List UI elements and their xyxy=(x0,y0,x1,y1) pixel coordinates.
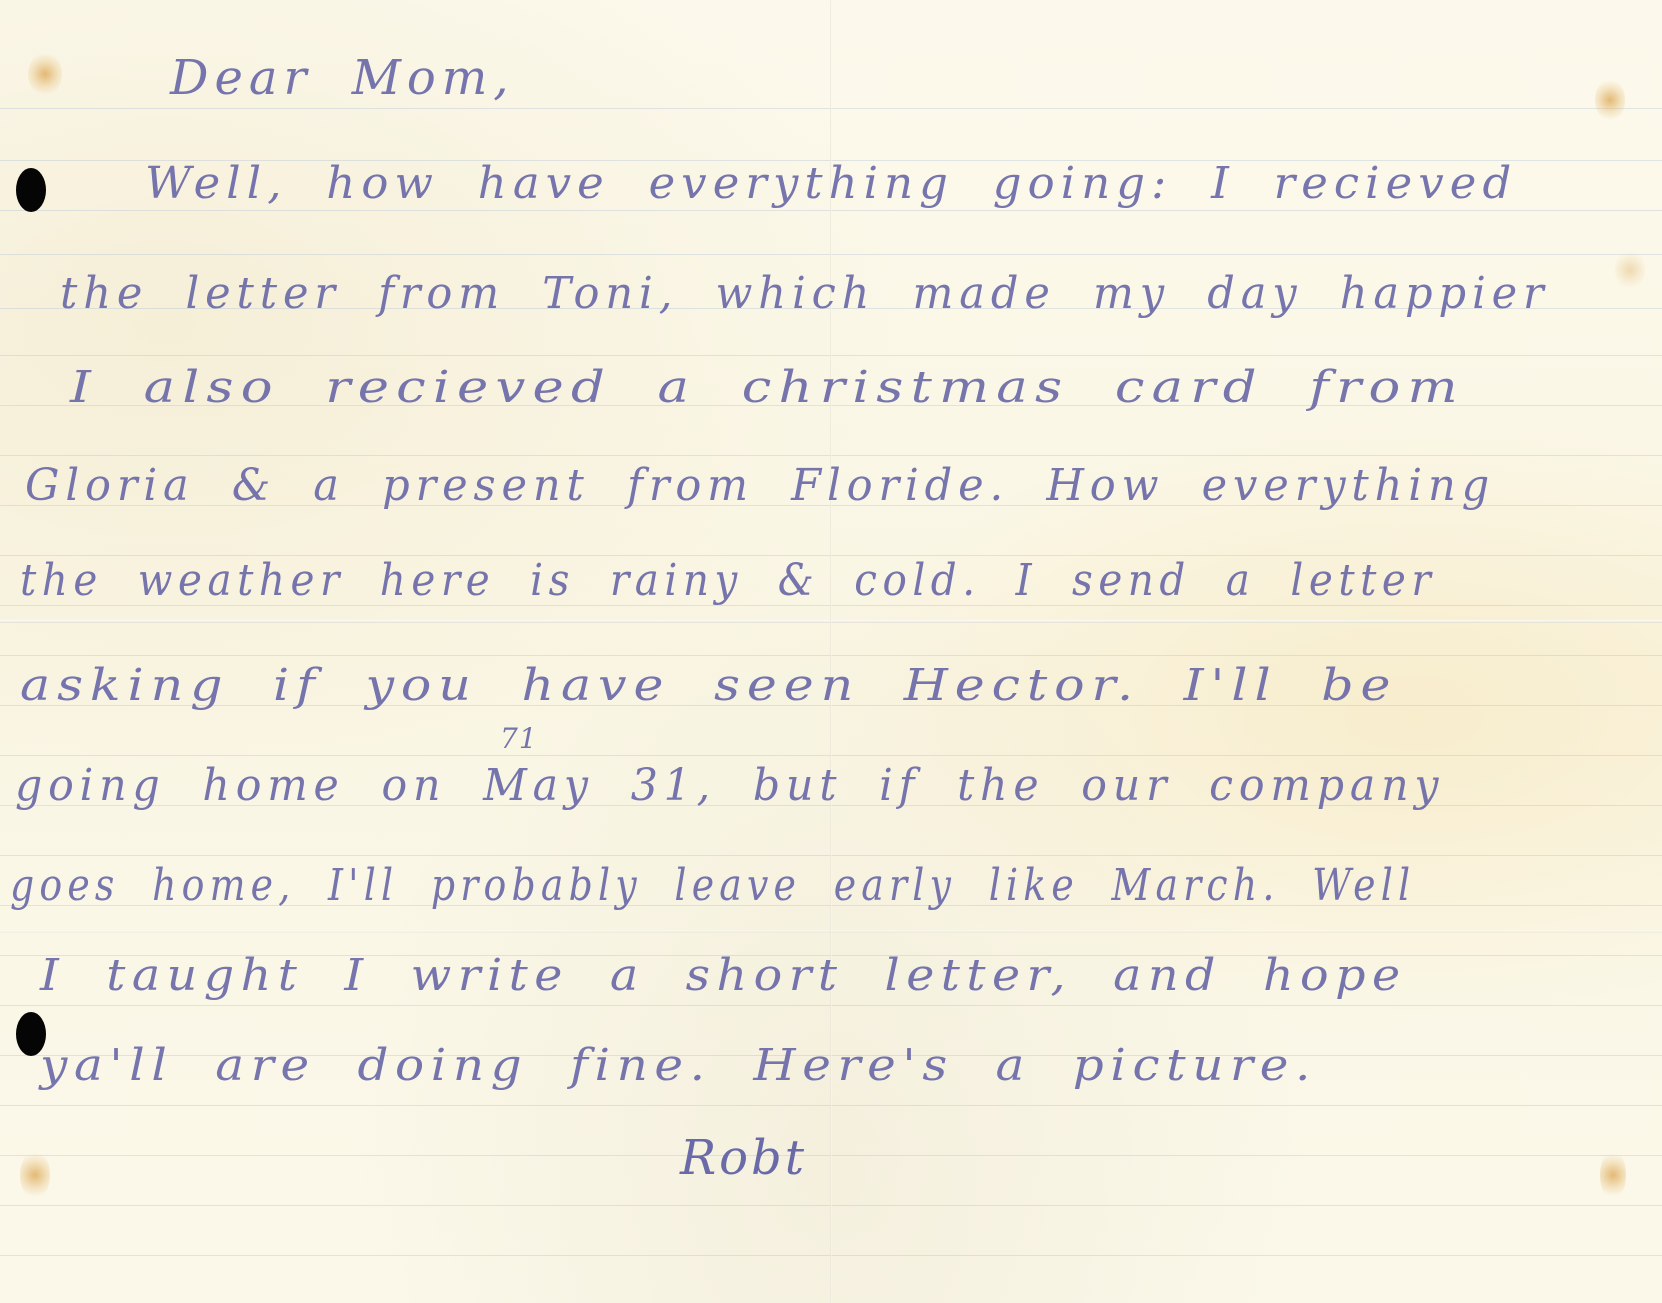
stain-mark xyxy=(28,52,62,96)
stain-mark xyxy=(1600,1150,1626,1200)
letter-line: I also recieved a christmas card from xyxy=(70,362,1465,413)
date-annotation: 71 xyxy=(500,722,538,755)
letter-page: Dear Mom, Well, how have everything goin… xyxy=(0,0,1662,1303)
letter-line: Gloria & a present from Floride. How eve… xyxy=(25,460,1495,511)
letter-line: going home on May 31, but if the our com… xyxy=(15,760,1444,811)
stain-mark xyxy=(1615,250,1645,290)
letter-line: the letter from Toni, which made my day … xyxy=(60,268,1550,319)
stain-mark xyxy=(1595,78,1625,122)
letter-line: I taught I write a short letter, and hop… xyxy=(40,950,1407,1001)
letter-line: Well, how have everything going: I recie… xyxy=(145,158,1517,209)
letter-salutation: Dear Mom, xyxy=(170,50,515,106)
letter-line: asking if you have seen Hector. I'll be xyxy=(20,660,1397,711)
letter-line: the weather here is rainy & cold. I send… xyxy=(20,555,1436,606)
letter-line: goes home, I'll probably leave early lik… xyxy=(10,860,1415,911)
stain-mark xyxy=(20,1150,50,1200)
punch-hole xyxy=(16,168,46,212)
letter-signature: Robt xyxy=(680,1130,807,1186)
letter-line: ya'll are doing fine. Here's a picture. xyxy=(40,1040,1317,1091)
